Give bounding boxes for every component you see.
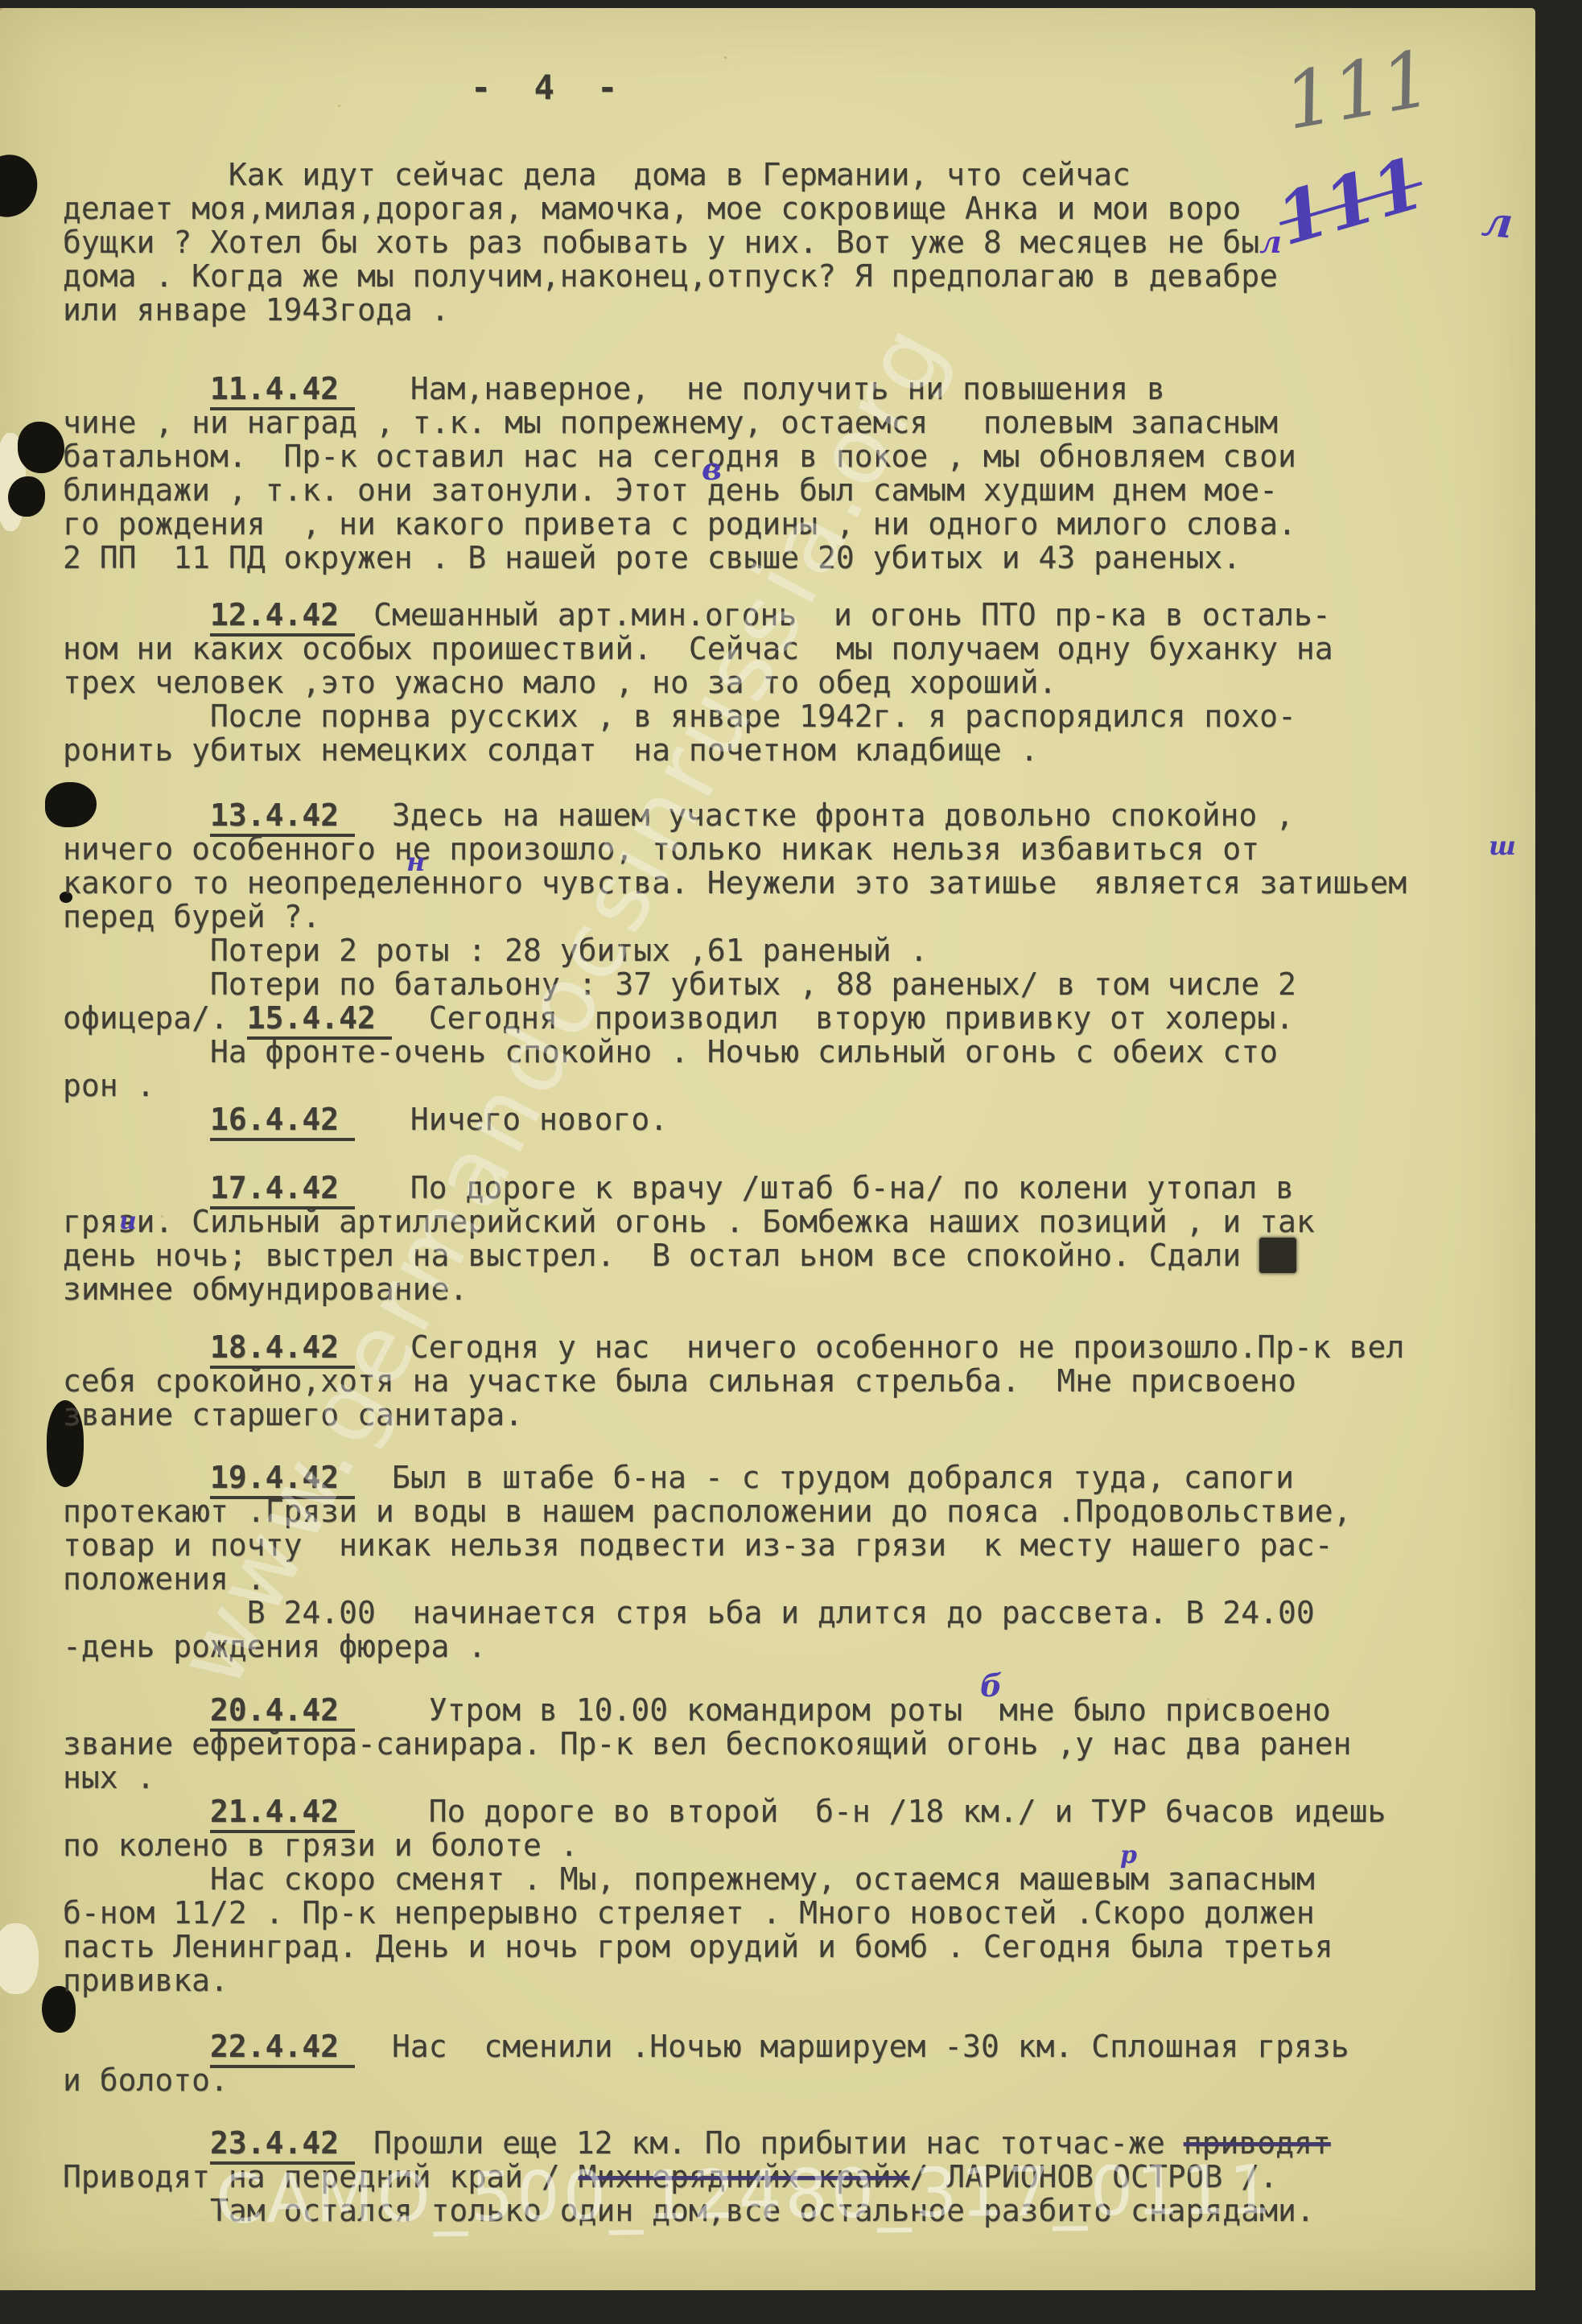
- diary-entry: 21.4.42 По дороге во второй б-н /18 км./…: [63, 1795, 1521, 1997]
- typed-line: товар и почту никак нельзя подвести из-з…: [63, 1528, 1521, 1562]
- diary-entry: 12.4.42 Смешанный арт.мин.огонь и огонь …: [63, 598, 1521, 767]
- text-segment: пасть Ленинград. День и ночь гром орудий…: [63, 1929, 1333, 1964]
- typed-line: блиндажи , т.к. они затонули. Этот день …: [63, 473, 1521, 507]
- text-segment: звание старшего санитара.: [63, 1397, 523, 1432]
- text-segment: / ЛАРИОНОВ ОСТРОВ /.: [909, 2159, 1278, 2194]
- typed-line: 16.4.42 Ничего нового.: [63, 1102, 1521, 1136]
- text-segment: ронить убитых немецких солдат на почетно…: [63, 732, 1039, 768]
- ink-correction: и: [119, 1207, 137, 1235]
- typed-line: 12.4.42 Смешанный арт.мин.огонь и огонь …: [63, 598, 1521, 632]
- text-segment: положения .: [63, 1561, 266, 1597]
- text-segment: ном ни каких особых проишествий. Сейчас …: [63, 631, 1333, 666]
- diary-entry: 22.4.42 Нас сменили .Ночью маршируем -30…: [63, 2029, 1521, 2097]
- diary-entry: 17.4.42 По дороге к врачу /штаб б-на/ по…: [63, 1171, 1521, 1306]
- text-segment: б-ном 11/2 . Пр-к непрерывно стреляет . …: [63, 1895, 1315, 1930]
- typed-line: После порнва русских , в январе 1942г. я…: [63, 699, 1521, 733]
- text-segment: [63, 371, 210, 406]
- text-segment: Как идут сейчас дела дома в Германии, чт…: [63, 157, 1131, 192]
- text-segment: офицера/.: [63, 1000, 247, 1036]
- typed-line: положения .: [63, 1562, 1521, 1596]
- ink-correction: б: [980, 1667, 1002, 1704]
- typed-line: 11.4.42 Нам,наверное, не получить ни пов…: [63, 372, 1521, 406]
- text-segment: рон .: [63, 1068, 154, 1103]
- text-segment: батальном. Пр-к оставил нас на сегодня в…: [63, 439, 1296, 474]
- typed-line: -день рождения фюрера .: [63, 1630, 1521, 1663]
- text-segment: Сегодня у нас ничего особенного не произ…: [355, 1329, 1404, 1365]
- text-segment: себя срокойно,хотя на участке была сильн…: [63, 1363, 1296, 1399]
- text-segment: чине , ни наград , т.к. мы попрежнему, о…: [63, 405, 1278, 440]
- text-segment: [63, 597, 210, 633]
- typed-line: ных .: [63, 1761, 1521, 1795]
- text-segment: [63, 1460, 210, 1495]
- text-segment: Нас сменили .Ночью маршируем -30 км. Спл…: [355, 2029, 1349, 2064]
- text-segment: и болото.: [63, 2062, 229, 2098]
- text-segment: [63, 797, 210, 833]
- text-segment: приводят: [1184, 2125, 1331, 2161]
- text-segment: мы: [1259, 1238, 1296, 1273]
- text-segment: Приводят на передний край /: [63, 2159, 579, 2194]
- text-segment: трех человек ,это ужасно мало , но за то…: [63, 665, 1057, 700]
- diary-entry: 20.4.42 Утром в 10.00 командиром роты мн…: [63, 1693, 1521, 1795]
- typed-line: Нас скоро сменят . Мы, попрежнему, остае…: [63, 1862, 1521, 1896]
- typed-line: грязи. Сильный артиллерийский огонь . Бо…: [63, 1205, 1521, 1238]
- diary-entries: Как идут сейчас дела дома в Германии, чт…: [63, 158, 1521, 2227]
- typed-line: день ночь; выстрел на выстрел. В остал ь…: [63, 1238, 1521, 1272]
- typed-line: 23.4.42 Прошли еще 12 км. По прибытии на…: [63, 2126, 1521, 2160]
- text-segment: л: [1259, 224, 1282, 260]
- text-segment: ных .: [63, 1760, 154, 1795]
- text-segment: Там остался только один дом,все остально…: [63, 2193, 1315, 2228]
- text-segment: прививка.: [63, 1963, 229, 1998]
- text-segment: [63, 2029, 210, 2064]
- typed-line: ронить убитых немецких солдат на почетно…: [63, 733, 1521, 767]
- text-segment: го рождения , ни какого привета с родины…: [63, 506, 1296, 542]
- paper-fibers: [0, 8, 2, 10]
- text-segment: Был в штабе б-на - с трудом добрался туд…: [355, 1460, 1294, 1495]
- diary-entry: 16.4.42 Ничего нового.: [63, 1102, 1521, 1136]
- text-segment: По дороге к врачу /штаб б-на/ по колени …: [355, 1170, 1294, 1205]
- text-segment: [63, 1102, 210, 1137]
- typed-line: или январе 1943года .: [63, 293, 1521, 327]
- diary-entry: 23.4.42 Прошли еще 12 км. По прибытии на…: [63, 2126, 1521, 2227]
- text-segment: какого то неопределенного чувства. Неуже…: [63, 865, 1407, 900]
- typed-line: На фронте-очень спокойно . Ночью сильный…: [63, 1035, 1521, 1069]
- text-segment: На фронте-очень спокойно . Ночью сильный…: [63, 1034, 1278, 1069]
- diary-entry: 18.4.42 Сегодня у нас ничего особенного …: [63, 1330, 1521, 1432]
- diary-entry: 11.4.42 Нам,наверное, не получить ни пов…: [63, 372, 1521, 575]
- punch-hole: [18, 422, 64, 473]
- typed-line: В 24.00 начинается стря ьба и длится до …: [63, 1596, 1521, 1630]
- text-segment: Сегодня производил вторую прививку от хо…: [392, 1000, 1294, 1036]
- text-segment: Здесь на нашем участке фронта довольно с…: [355, 797, 1294, 833]
- ink-correction: л: [1480, 196, 1515, 249]
- text-segment: Потери по батальону : 37 убитых , 88 ран…: [63, 966, 1296, 1002]
- typed-line: Потери по батальону : 37 убитых , 88 ран…: [63, 967, 1521, 1001]
- typed-line: 2 ПП 11 ПД окружен . В нашей роте свыше …: [63, 541, 1521, 575]
- typed-line: прививка.: [63, 1963, 1521, 1997]
- typed-line: чине , ни наград , т.к. мы попрежнему, о…: [63, 406, 1521, 439]
- typed-line: офицера/. 15.4.42 Сегодня производил вто…: [63, 1001, 1521, 1035]
- text-segment: дома . Когда же мы получим,наконец,отпус…: [63, 258, 1278, 294]
- typed-line: 20.4.42 Утром в 10.00 командиром роты мн…: [63, 1693, 1521, 1727]
- typed-line: 18.4.42 Сегодня у нас ничего особенного …: [63, 1330, 1521, 1364]
- text-segment: По дороге во второй б-н /18 км./ и ТУР 6…: [355, 1794, 1386, 1829]
- text-segment: [63, 1794, 210, 1829]
- typed-line: и болото.: [63, 2063, 1521, 2097]
- text-segment: [63, 1692, 210, 1728]
- text-segment: по колено в грязи и болоте .: [63, 1827, 579, 1863]
- text-segment: Ничего нового.: [355, 1102, 668, 1137]
- text-segment: протекают .Грязи и воды в нашем располож…: [63, 1494, 1351, 1529]
- typed-line: перед бурей ?.: [63, 900, 1521, 933]
- text-segment: -день рождения фюрера .: [63, 1629, 486, 1664]
- text-segment: [63, 2125, 210, 2161]
- typed-line: ном ни каких особых проишествий. Сейчас …: [63, 632, 1521, 665]
- ink-correction: р: [1120, 1841, 1137, 1869]
- text-segment: грязи. Сильный артиллерийский огонь . Бо…: [63, 1204, 1315, 1239]
- text-segment: зимнее обмундирование.: [63, 1271, 468, 1307]
- typed-line: рон .: [63, 1069, 1521, 1102]
- text-segment: делает моя,милая,дорогая, мамочка, мое с…: [63, 191, 1241, 226]
- typed-line: пасть Ленинград. День и ночь гром орудий…: [63, 1930, 1521, 1963]
- typed-line: го рождения , ни какого привета с родины…: [63, 507, 1521, 541]
- typed-line: 19.4.42 Был в штабе б-на - с трудом добр…: [63, 1461, 1521, 1494]
- ink-correction: ш: [1489, 830, 1516, 861]
- text-segment: [63, 1329, 210, 1365]
- typed-line: зимнее обмундирование.: [63, 1272, 1521, 1306]
- page-number: - 4 -: [471, 68, 628, 107]
- text-segment: блиндажи , т.к. они затонули. Этот день …: [63, 472, 1278, 508]
- text-segment: бущки ? Хотел бы хоть раз побывать у них…: [63, 225, 1259, 260]
- text-segment: В 24.00 начинается стря ьба и длится до …: [63, 1595, 1315, 1630]
- text-segment: звание ефрейтора-санирара. Пр-к вел бесп…: [63, 1726, 1351, 1762]
- typed-line: трех человек ,это ужасно мало , но за то…: [63, 665, 1521, 699]
- typed-line: по колено в грязи и болоте .: [63, 1828, 1521, 1862]
- text-segment: Прошли еще 12 км. По прибытии нас тотчас…: [355, 2125, 1184, 2161]
- typed-line: Приводят на передний край / Михнеряднийх…: [63, 2160, 1521, 2194]
- text-segment: день ночь; выстрел на выстрел. В остал ь…: [63, 1238, 1259, 1273]
- scanned-document-page: { "document": { "page_number": "- 4 -", …: [0, 0, 1582, 2324]
- typed-line: себя срокойно,хотя на участке была сильн…: [63, 1364, 1521, 1398]
- typed-line: протекают .Грязи и воды в нашем располож…: [63, 1494, 1521, 1528]
- text-segment: Утром в 10.00 командиром роты мне было п…: [355, 1692, 1331, 1728]
- text-segment: Михнеряднийх крайх: [579, 2159, 910, 2194]
- typed-line: ничего особенного не произошло, только н…: [63, 832, 1521, 866]
- typed-line: батальном. Пр-к оставил нас на сегодня в…: [63, 439, 1521, 473]
- typed-line: 22.4.42 Нас сменили .Ночью маршируем -30…: [63, 2029, 1521, 2063]
- ink-correction: н: [406, 847, 425, 877]
- text-segment: 2 ПП 11 ПД окружен . В нашей роте свыше …: [63, 540, 1241, 575]
- diary-entry: 19.4.42 Был в штабе б-на - с трудом добр…: [63, 1461, 1521, 1663]
- text-segment: После порнва русских , в январе 1942г. я…: [63, 698, 1296, 734]
- punch-hole: [8, 476, 45, 517]
- text-segment: Потери 2 роты : 28 убитых ,61 раненый .: [63, 933, 928, 968]
- typed-line: звание ефрейтора-санирара. Пр-к вел бесп…: [63, 1727, 1521, 1761]
- text-segment: или январе 1943года .: [63, 292, 449, 328]
- typed-line: 21.4.42 По дороге во второй б-н /18 км./…: [63, 1795, 1521, 1828]
- text-segment: Нам,наверное, не получить ни повышения в: [355, 371, 1165, 406]
- paper-tear: [0, 1923, 39, 1994]
- typed-line: Потери 2 роты : 28 убитых ,61 раненый .: [63, 933, 1521, 967]
- typed-line: 17.4.42 По дороге к врачу /штаб б-на/ по…: [63, 1171, 1521, 1205]
- typed-line: б-ном 11/2 . Пр-к непрерывно стреляет . …: [63, 1896, 1521, 1930]
- text-segment: перед бурей ?.: [63, 899, 320, 934]
- ink-correction: в: [702, 451, 722, 487]
- text-segment: Смешанный арт.мин.огонь и огонь ПТО пр-к…: [355, 597, 1331, 633]
- typed-line: 13.4.42 Здесь на нашем участке фронта до…: [63, 798, 1521, 832]
- text-segment: [63, 1170, 210, 1205]
- text-segment: товар и почту никак нельзя подвести из-з…: [63, 1527, 1333, 1563]
- typed-line: Там остался только один дом,все остально…: [63, 2194, 1521, 2227]
- typed-line: какого то неопределенного чувства. Неуже…: [63, 866, 1521, 900]
- diary-entry: 13.4.42 Здесь на нашем участке фронта до…: [63, 798, 1521, 1102]
- entry-date: 22.4.42: [210, 2029, 355, 2068]
- typed-line: звание старшего санитара.: [63, 1398, 1521, 1432]
- text-segment: ничего особенного не произошло, только н…: [63, 831, 1259, 867]
- entry-date: 16.4.42: [210, 1102, 355, 1141]
- typed-line: дома . Когда же мы получим,наконец,отпус…: [63, 259, 1521, 293]
